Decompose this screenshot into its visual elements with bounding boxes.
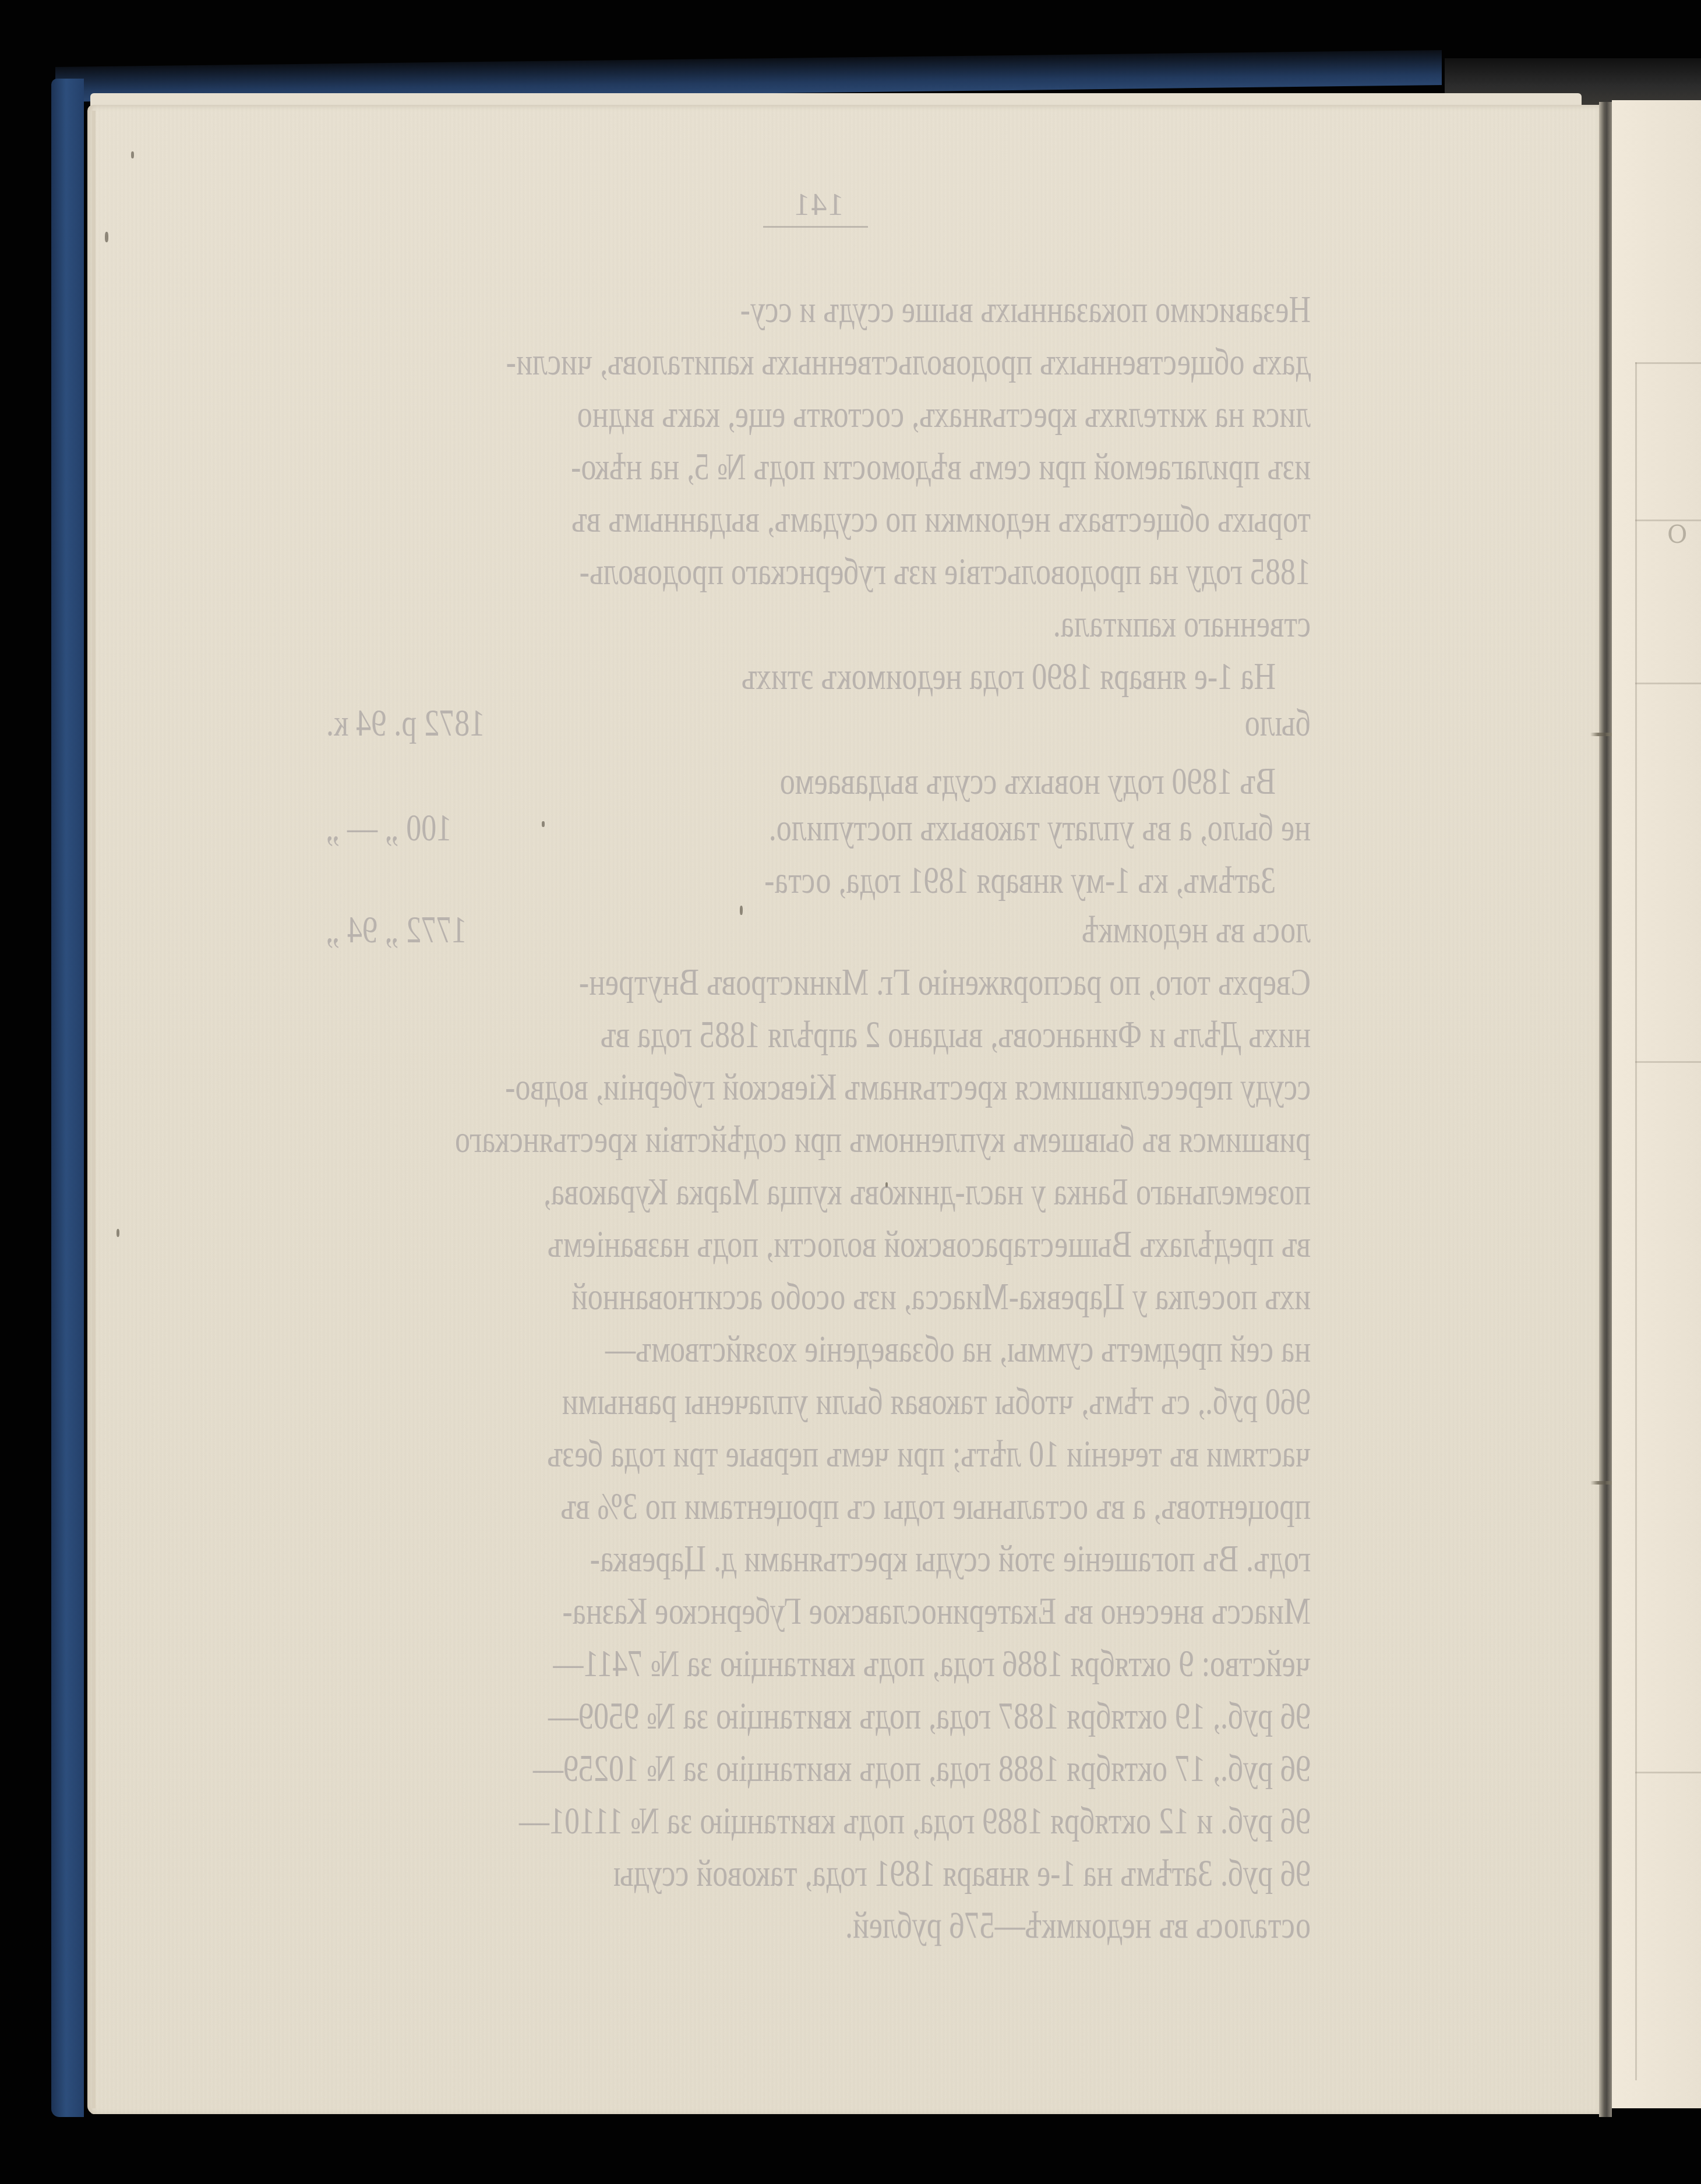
show-through-text: 141 Независимо показанныхъ выше ссудъ и … xyxy=(326,175,1311,1893)
text-line: Миассъ внесено въ Екатеринославское Губе… xyxy=(326,1593,1311,1631)
page-number-rule xyxy=(763,226,868,228)
table-rule xyxy=(1635,1772,1701,1773)
text-line: годъ. Въ погашеніе этой ссуды крестьянам… xyxy=(326,1540,1311,1578)
text-line: Сверхъ того, по распоряженію Гг. Министр… xyxy=(326,964,1311,1002)
ledger-amount: 1772 „ 94 „ xyxy=(326,911,467,949)
ledger-text: Въ 1890 году новыхъ ссудъ выдаваемо xyxy=(326,763,1276,801)
text-line: ственнаго капитала. xyxy=(326,606,1311,644)
table-rule xyxy=(1635,683,1701,684)
ledger-amount: 100 „ — „ xyxy=(326,810,451,847)
right-page-partial: О xyxy=(1612,100,1701,2108)
text-line: чейство: 9 октября 1886 года, подъ квита… xyxy=(326,1645,1311,1683)
text-line: торыхъ обществахъ недоимки по ссудамъ, в… xyxy=(326,501,1311,539)
text-line: 96 руб., 19 октября 1887 года, подъ квит… xyxy=(326,1698,1311,1736)
text-line: 96 руб. и 12 октября 1889 года, подъ кви… xyxy=(326,1803,1311,1840)
book-cover-cloth-edge xyxy=(51,79,84,2117)
text-line: 960 руб., съ тѣмъ, чтобы таковая были уп… xyxy=(326,1383,1311,1421)
text-line: 96 руб. Затѣмъ на 1-е января 1891 года, … xyxy=(326,1855,1311,1893)
table-rule xyxy=(1635,1061,1701,1063)
ledger-text: не было, а въ уплату таковыхъ поступило. xyxy=(326,810,1311,847)
table-rule xyxy=(1635,362,1701,364)
text-line: процентовъ, а въ остальные годы съ проце… xyxy=(326,1488,1311,1526)
text-line: частями въ теченіи 10 лѣтъ; при чемъ пер… xyxy=(326,1436,1311,1473)
text-line: лися на жителяхъ крестьянахъ, состоять е… xyxy=(326,396,1311,434)
text-line: ссуду переселившимся крестьянамъ Кіевско… xyxy=(326,1069,1311,1107)
text-line: ихъ поселка у Царевка-Миасса, изъ особо … xyxy=(326,1278,1311,1316)
text-line: изъ прилагаемой при семъ вѣдомости подъ … xyxy=(326,448,1311,486)
ledger-amount: 1872 р. 94 к. xyxy=(326,705,485,743)
ledger-text: лось въ недоимкѣ xyxy=(326,911,1311,949)
text-line: 96 руб., 17 октября 1888 года, подъ квит… xyxy=(326,1750,1311,1788)
table-rule xyxy=(1635,362,1637,2080)
text-line: осталось въ недоимкѣ—576 рублей. xyxy=(326,1907,1311,1945)
scan-background: О 141 Независимо показанныхъ выше ссудъ … xyxy=(0,0,1701,2184)
text-line: рившимся въ бывшемъ купленномъ при содѣй… xyxy=(326,1121,1311,1159)
text-line: Независимо показанныхъ выше ссудъ и ссу- xyxy=(326,291,1311,329)
text-line: на сей предметъ суммы, на обзаведеніе хо… xyxy=(326,1331,1311,1369)
book-gutter xyxy=(1599,102,1612,2117)
ledger-text: На 1-е января 1890 года недоимокъ этихъ xyxy=(326,658,1276,696)
text-line: дахъ общественныхъ продовольственныхъ ка… xyxy=(326,344,1311,381)
page-number: 141 xyxy=(326,186,1311,222)
right-page-fragment: О xyxy=(1667,522,1687,547)
text-line: нихъ Дѣлъ и Финансовъ, выдано 2 апрѣля 1… xyxy=(326,1016,1311,1054)
text-line: 1885 году на продовольствіе изъ губернск… xyxy=(326,553,1311,591)
text-line: поземельнаго Банка у насл-дниковъ купца … xyxy=(326,1174,1311,1211)
page-fold-edge xyxy=(92,111,96,2108)
text-line: въ предѣлахъ Вышестарасовской волости, п… xyxy=(326,1226,1311,1264)
ledger-text: Затѣмъ, къ 1-му января 1891 года, оста- xyxy=(326,862,1276,900)
